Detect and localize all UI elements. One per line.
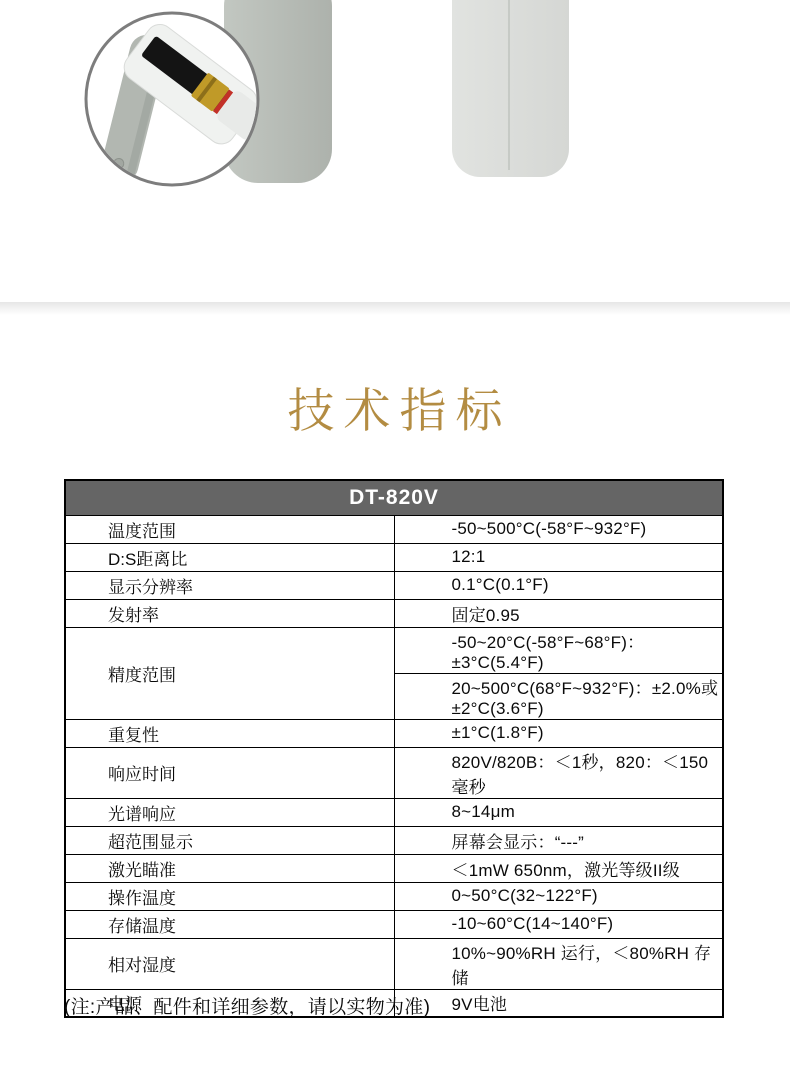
table-header-row: DT-820V bbox=[65, 480, 723, 515]
spec-value: 10%~90%RH 运行，＜80%RH 存储 bbox=[394, 938, 723, 989]
table-row: 发射率 固定0.95 bbox=[65, 599, 723, 627]
spec-label: 存储温度 bbox=[65, 910, 394, 938]
spec-value: 屏幕会显示：“---” bbox=[394, 826, 723, 854]
spec-table: DT-820V 温度范围 -50~500°C(-58°F~932°F) D:S距… bbox=[64, 479, 724, 1018]
spec-label: 激光瞄准 bbox=[65, 854, 394, 882]
product-photos-svg bbox=[0, 0, 790, 302]
spec-value: 8~14μm bbox=[394, 798, 723, 826]
table-row: 响应时间 820V/820B：＜1秒，820：＜150毫秒 bbox=[65, 747, 723, 798]
spec-value: ＜1mW 650nm，激光等级II级 bbox=[394, 854, 723, 882]
spec-value: 0.1°C(0.1°F) bbox=[394, 571, 723, 599]
section-title: 技术指标 bbox=[0, 385, 790, 437]
spec-value: -50~500°C(-58°F~932°F) bbox=[394, 515, 723, 543]
table-row: 温度范围 -50~500°C(-58°F~932°F) bbox=[65, 515, 723, 543]
table-row: 显示分辨率 0.1°C(0.1°F) bbox=[65, 571, 723, 599]
spec-label: 响应时间 bbox=[65, 747, 394, 798]
spec-value: 20~500°C(68°F~932°F)：±2.0%或±2°C(3.6°F) bbox=[394, 673, 723, 719]
spec-table-header: DT-820V bbox=[65, 480, 723, 515]
table-row: 操作温度 0~50°C(32~122°F) bbox=[65, 882, 723, 910]
spec-label: 显示分辨率 bbox=[65, 571, 394, 599]
spec-value: -10~60°C(14~140°F) bbox=[394, 910, 723, 938]
spec-value: 0~50°C(32~122°F) bbox=[394, 882, 723, 910]
table-row: 超范围显示 屏幕会显示：“---” bbox=[65, 826, 723, 854]
spec-label: 发射率 bbox=[65, 599, 394, 627]
spec-value: 820V/820B：＜1秒，820：＜150毫秒 bbox=[394, 747, 723, 798]
spec-label: 精度范围 bbox=[65, 627, 394, 719]
spec-label: 光谱响应 bbox=[65, 798, 394, 826]
section-divider bbox=[0, 302, 790, 315]
footnote: (注:产品、配件和详细参数，请以实物为准) bbox=[64, 992, 430, 1019]
spec-value: -50~20°C(-58°F~68°F)：±3°C(5.4°F) bbox=[394, 627, 723, 673]
spec-value: 固定0.95 bbox=[394, 599, 723, 627]
table-row: 激光瞄准 ＜1mW 650nm，激光等级II级 bbox=[65, 854, 723, 882]
spec-label: 温度范围 bbox=[65, 515, 394, 543]
spec-label: 操作温度 bbox=[65, 882, 394, 910]
table-row: 光谱响应 8~14μm bbox=[65, 798, 723, 826]
spec-label: 重复性 bbox=[65, 719, 394, 747]
spec-value: 9V电池 bbox=[394, 989, 723, 1017]
device-side-view-photo bbox=[452, 0, 569, 177]
spec-label: D:S距离比 bbox=[65, 543, 394, 571]
spec-label: 超范围显示 bbox=[65, 826, 394, 854]
product-photos bbox=[0, 0, 790, 302]
table-row: 精度范围 -50~20°C(-58°F~68°F)：±3°C(5.4°F) bbox=[65, 627, 723, 673]
table-row: D:S距离比 12:1 bbox=[65, 543, 723, 571]
spec-value: 12:1 bbox=[394, 543, 723, 571]
spec-value: ±1°C(1.8°F) bbox=[394, 719, 723, 747]
table-row: 存储温度 -10~60°C(14~140°F) bbox=[65, 910, 723, 938]
table-row: 相对湿度 10%~90%RH 运行，＜80%RH 存储 bbox=[65, 938, 723, 989]
table-row: 重复性 ±1°C(1.8°F) bbox=[65, 719, 723, 747]
spec-label: 相对湿度 bbox=[65, 938, 394, 989]
